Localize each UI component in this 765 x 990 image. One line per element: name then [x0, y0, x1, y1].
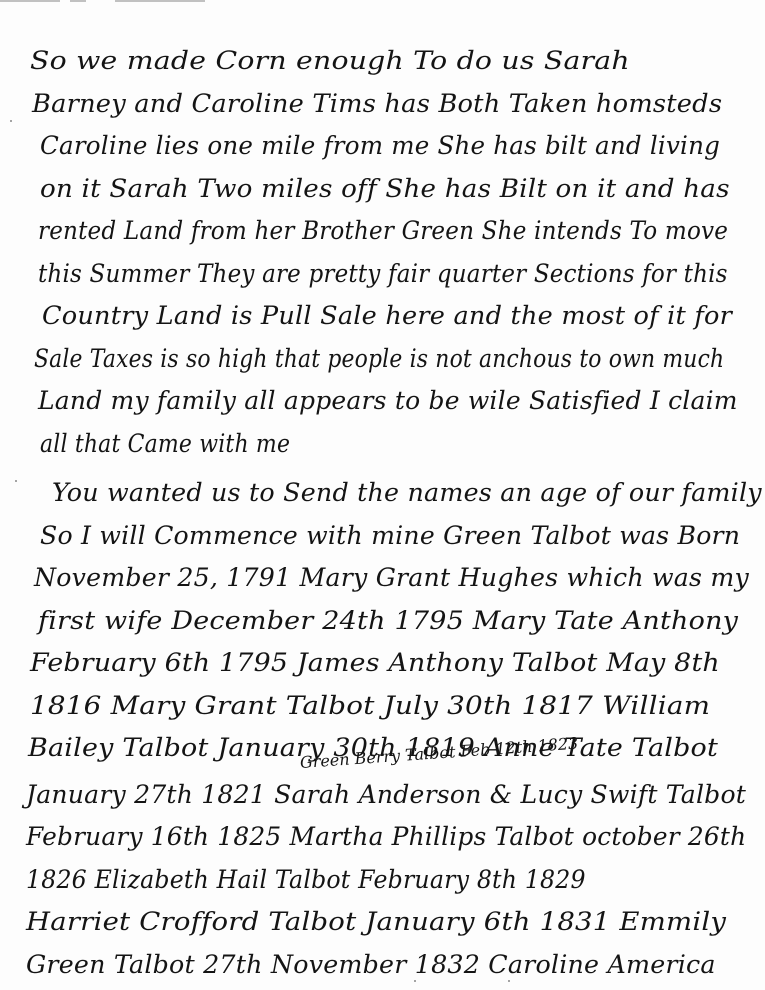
letter-line: Harriet Crofford Talbot January 6th 1831… [26, 907, 726, 937]
letter-line: Barney and Caroline Tims has Both Taken … [32, 89, 722, 119]
letter-line: on it Sarah Two miles off She has Bilt o… [40, 174, 730, 204]
letter-line: January 27th 1821 Sarah Anderson & Lucy … [26, 780, 746, 810]
letter-line: first wife December 24th 1795 Mary Tate … [38, 606, 738, 636]
scan-speck [15, 480, 17, 482]
letter-line: this Summer They are pretty fair quarter… [38, 259, 728, 289]
letter-line: Caroline lies one mile from me She has b… [40, 131, 720, 161]
letter-line: Green Talbot 27th November 1832 Caroline… [26, 950, 716, 980]
letter-line: February 16th 1825 Martha Phillips Talbo… [26, 822, 746, 852]
scan-speck [414, 980, 416, 982]
letter-line: February 6th 1795 James Anthony Talbot M… [30, 648, 720, 678]
letter-line: 1816 Mary Grant Talbot July 30th 1817 Wi… [30, 691, 710, 721]
scan-speck [10, 120, 12, 122]
letter-line: 1826 Elizabeth Hail Talbot February 8th … [26, 865, 586, 895]
letter-line: Land my family all appears to be wile Sa… [38, 386, 738, 416]
letter-line: November 25, 1791 Mary Grant Hughes whic… [34, 563, 749, 593]
letter-line: Country Land is Pull Sale here and the m… [42, 301, 732, 331]
scan-edge-artifact [115, 0, 205, 2]
letter-line: Sale Taxes is so high that people is not… [34, 344, 724, 374]
letter-line: So we made Corn enough To do us Sarah [30, 46, 630, 76]
scan-speck [508, 980, 510, 982]
letter-line: rented Land from her Brother Green She i… [38, 216, 728, 246]
scan-edge-artifact [70, 0, 86, 2]
scan-edge-artifact [0, 0, 60, 2]
letter-line: So I will Commence with mine Green Talbo… [40, 521, 740, 551]
letter-line: all that Came with me [40, 429, 290, 459]
scanned-letter-page: So we made Corn enough To do us Sarah Ba… [0, 0, 765, 990]
letter-line: You wanted us to Send the names an age o… [52, 478, 762, 508]
